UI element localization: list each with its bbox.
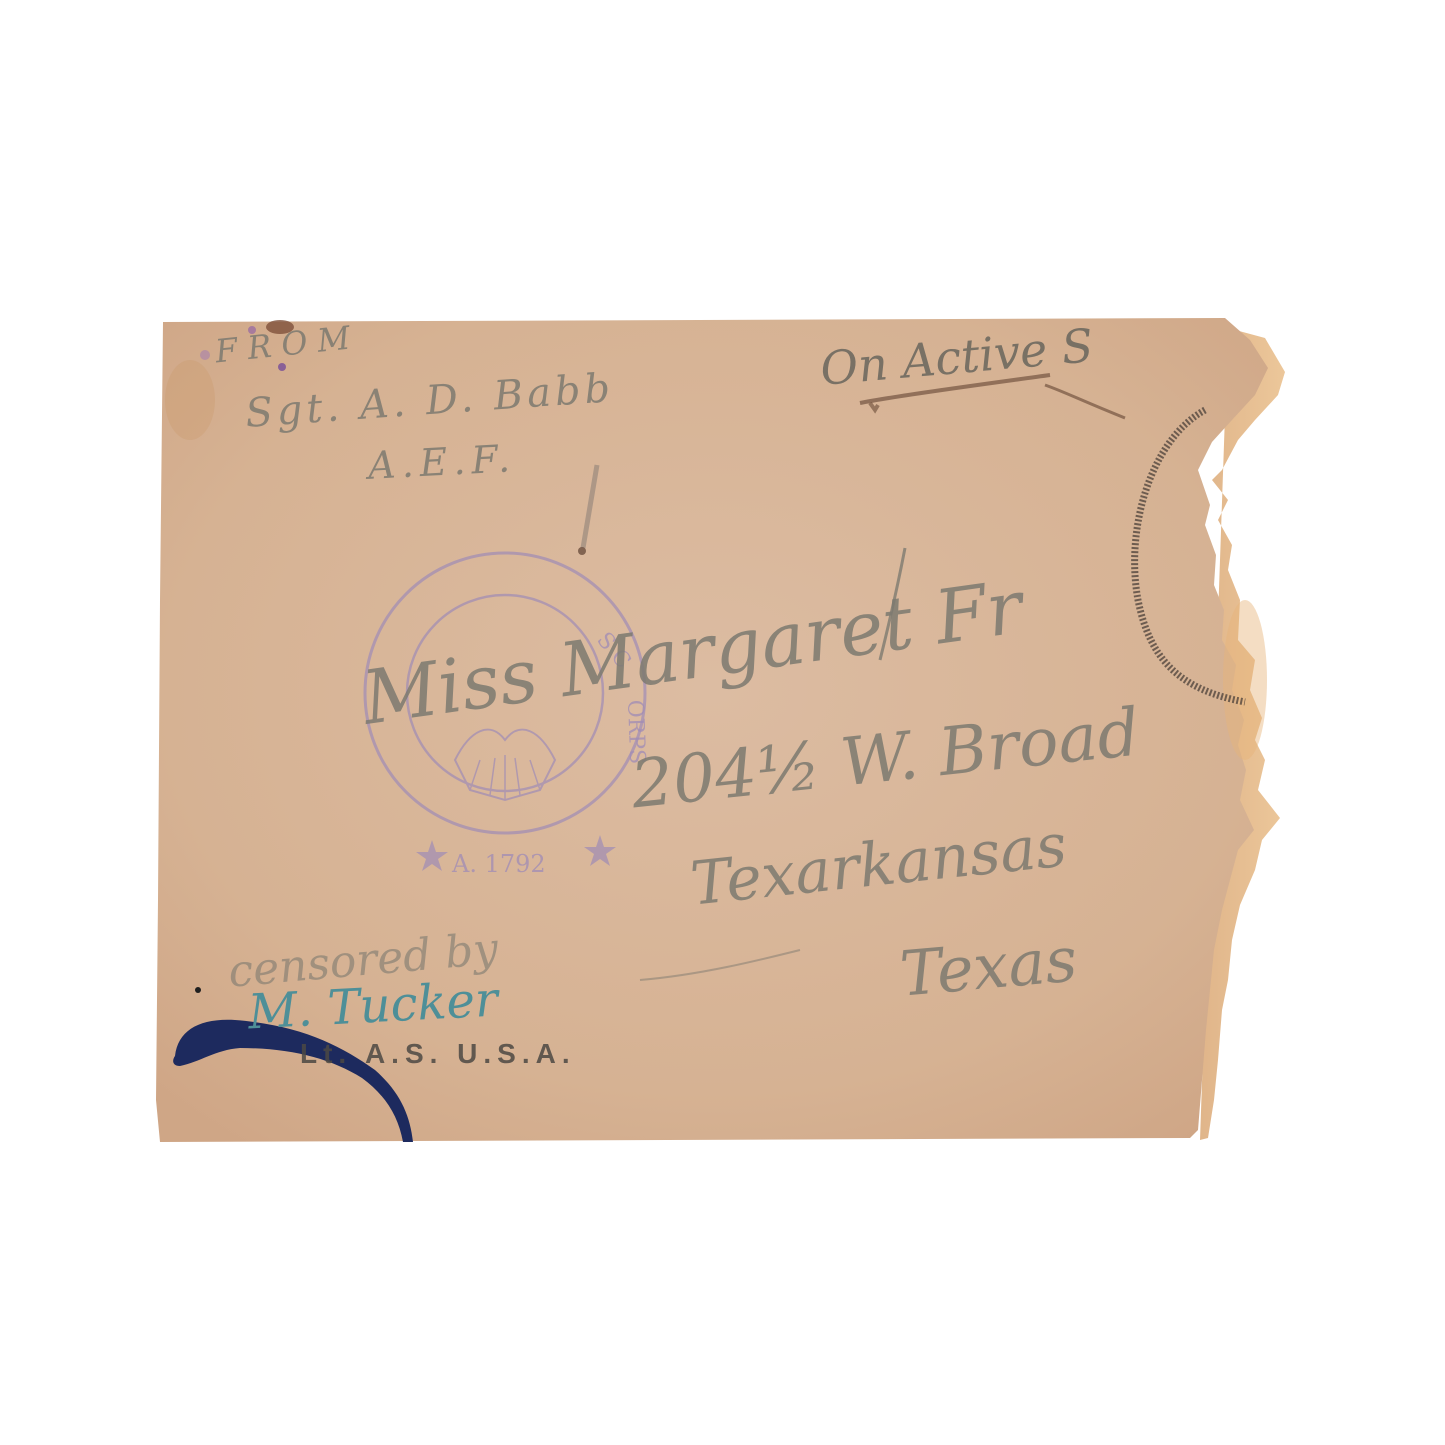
envelope-photo: S C ORPS A. 1792 FROM Sgt. A. D. Babb A.… bbox=[0, 0, 1445, 1445]
envelope-graphic: S C ORPS A. 1792 bbox=[0, 0, 1445, 1445]
stamp-text-bottom: A. 1792 bbox=[451, 850, 546, 878]
censor-typed-line: Lt. A.S. U.S.A. bbox=[300, 1038, 576, 1070]
stamp-text-right: ORPS bbox=[622, 699, 649, 764]
envelope-body bbox=[156, 318, 1268, 1142]
